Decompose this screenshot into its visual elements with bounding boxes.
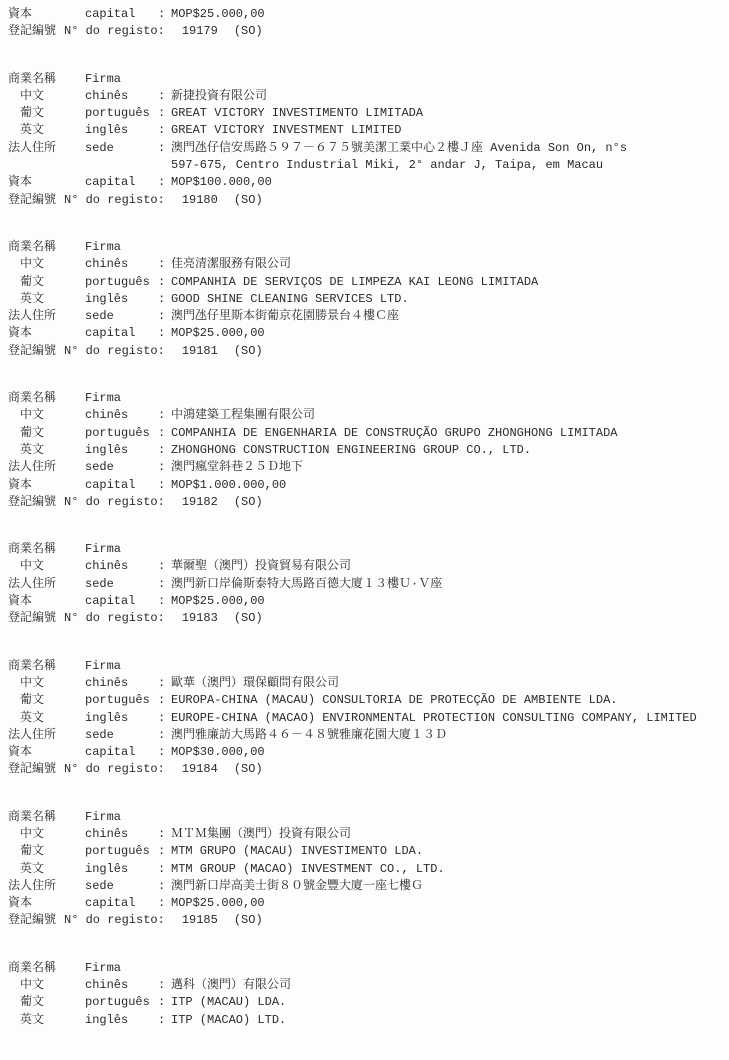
seat-value: 澳門氹仔信安馬路５９７－６７５號美潔工業中心２樓Ｊ座 Avenida Son O… — [171, 140, 627, 157]
field-label-zh: 登記編號 — [8, 912, 64, 929]
registry-number-value: 19180 — [182, 192, 218, 209]
portuguese-name-value: EUROPA-CHINA (MACAU) CONSULTORIA DE PROT… — [171, 692, 617, 709]
field-label-pt: N° do registo: — [64, 494, 165, 511]
registry-note: (SO) — [234, 494, 263, 511]
colon-separator: : — [158, 291, 171, 308]
field-label-zh: 英文 — [8, 442, 85, 459]
field-label-pt: N° do registo: — [64, 192, 165, 209]
field-label-pt: N° do registo: — [64, 912, 165, 929]
chinese-name-value: ＭＴＭ集團（澳門）投資有限公司 — [171, 826, 351, 843]
registry-entry: 商業名稱Firma中文chinês:華爾聖（澳門）投資貿易有限公司法人住所sed… — [8, 541, 723, 627]
firm-header-row: 商業名稱Firma — [8, 541, 723, 558]
chinese-name-row: 中文chinês:ＭＴＭ集團（澳門）投資有限公司 — [8, 826, 723, 843]
field-label-zh: 中文 — [8, 407, 85, 424]
registry-row: 登記編號N° do registo:19185(SO) — [8, 912, 723, 929]
field-label-zh: 葡文 — [8, 843, 85, 860]
registry-number-value: 19181 — [182, 343, 218, 360]
capital-value: MOP$25.000,00 — [171, 593, 265, 610]
field-label-pt: N° do registo: — [64, 761, 165, 778]
field-label-pt: português — [85, 994, 158, 1011]
firm-header-row: 商業名稱Firma — [8, 71, 723, 88]
capital-value: MOP$30.000,00 — [171, 744, 265, 761]
field-label-zh: 商業名稱 — [8, 960, 85, 977]
field-label-pt: Firma — [85, 71, 158, 88]
english-name-row: 英文inglês:MTM GROUP (MACAO) INVESTMENT CO… — [8, 861, 723, 878]
colon-separator: : — [158, 308, 171, 325]
portuguese-name-row: 葡文português:ITP (MACAU) LDA. — [8, 994, 723, 1011]
field-label-pt: Firma — [85, 390, 158, 407]
field-label-zh: 葡文 — [8, 105, 85, 122]
seat-value: 澳門新口岸高美士街８０號金豐大廈一座七樓Ｇ — [171, 878, 423, 895]
field-label-zh: 英文 — [8, 122, 85, 139]
portuguese-name-row: 葡文português:GREAT VICTORY INVESTIMENTO L… — [8, 105, 723, 122]
colon-separator: : — [158, 256, 171, 273]
colon-separator: : — [158, 1012, 171, 1029]
capital-value: MOP$25.000,00 — [171, 895, 265, 912]
field-label-zh: 資本 — [8, 174, 85, 191]
field-label-pt: inglês — [85, 1012, 158, 1029]
field-label-pt: chinês — [85, 256, 158, 273]
field-label-zh: 中文 — [8, 977, 85, 994]
field-label-pt: sede — [85, 308, 158, 325]
firm-header-row: 商業名稱Firma — [8, 239, 723, 256]
colon-separator: : — [158, 895, 171, 912]
colon-separator: : — [158, 994, 171, 1011]
field-label-pt: inglês — [85, 442, 158, 459]
seat-continuation-row: 597-675, Centro Industrial Miki, 2° anda… — [8, 157, 723, 174]
registry-row: 登記編號N° do registo:19184(SO) — [8, 761, 723, 778]
field-label-zh: 中文 — [8, 88, 85, 105]
portuguese-name-value: COMPANHIA DE SERVIÇOS DE LIMPEZA KAI LEO… — [171, 274, 538, 291]
field-label-zh: 中文 — [8, 675, 85, 692]
chinese-name-value: 邁科（澳門）有限公司 — [171, 977, 291, 994]
seat-value: 澳門新口岸倫斯泰特大馬路百德大廈１３樓Ｕ·Ｖ座 — [171, 576, 442, 593]
colon-separator: : — [158, 407, 171, 424]
field-label-zh: 商業名稱 — [8, 809, 85, 826]
portuguese-name-value: GREAT VICTORY INVESTIMENTO LIMITADA — [171, 105, 423, 122]
field-label-zh: 登記編號 — [8, 192, 64, 209]
field-label-zh: 葡文 — [8, 274, 85, 291]
field-label-pt: português — [85, 843, 158, 860]
colon-separator: : — [158, 6, 171, 23]
english-name-row: 英文inglês:ITP (MACAO) LTD. — [8, 1012, 723, 1029]
seat-row: 法人住所sede:澳門氹仔里斯本街葡京花園勝景台４樓Ｃ座 — [8, 308, 723, 325]
field-label-pt: Firma — [85, 809, 158, 826]
field-label-zh: 商業名稱 — [8, 71, 85, 88]
seat-value-continuation: 597-675, Centro Industrial Miki, 2° anda… — [171, 157, 603, 174]
field-label-zh: 資本 — [8, 744, 85, 761]
seat-row: 法人住所sede:澳門新口岸倫斯泰特大馬路百德大廈１３樓Ｕ·Ｖ座 — [8, 576, 723, 593]
colon-separator: : — [158, 861, 171, 878]
field-label-pt: chinês — [85, 88, 158, 105]
seat-row: 法人住所sede:澳門雅廉訪大馬路４６－４８號雅廉花園大廈１３Ｄ — [8, 727, 723, 744]
capital-row: 資本capital:MOP$25.000,00 — [8, 325, 723, 342]
colon-separator: : — [158, 692, 171, 709]
registry-row: 登記編號N° do registo:19180(SO) — [8, 192, 723, 209]
capital-value: MOP$25.000,00 — [171, 6, 265, 23]
field-label-zh: 法人住所 — [8, 878, 85, 895]
field-label-zh: 中文 — [8, 558, 85, 575]
field-label-zh: 商業名稱 — [8, 239, 85, 256]
chinese-name-row: 中文chinês:歐華（澳門）環保顧問有限公司 — [8, 675, 723, 692]
field-label-pt: português — [85, 105, 158, 122]
colon-separator: : — [158, 88, 171, 105]
colon-separator: : — [158, 122, 171, 139]
field-label-zh: 中文 — [8, 826, 85, 843]
colon-separator: : — [158, 325, 171, 342]
english-name-row: 英文inglês:GREAT VICTORY INVESTMENT LIMITE… — [8, 122, 723, 139]
registry-entry: 商業名稱Firma中文chinês:新捷投資有限公司葡文português:GR… — [8, 71, 723, 209]
field-label-zh: 資本 — [8, 477, 85, 494]
colon-separator: : — [158, 576, 171, 593]
registry-number-value: 19183 — [182, 610, 218, 627]
colon-separator: : — [158, 826, 171, 843]
capital-row: 資本capital:MOP$30.000,00 — [8, 744, 723, 761]
registry-number-value: 19182 — [182, 494, 218, 511]
chinese-name-value: 中鴻建築工程集團有限公司 — [171, 407, 315, 424]
colon-separator: : — [158, 878, 171, 895]
field-label-pt: inglês — [85, 291, 158, 308]
field-label-zh: 法人住所 — [8, 308, 85, 325]
registry-entry: 商業名稱Firma中文chinês:ＭＴＭ集團（澳門）投資有限公司葡文portu… — [8, 809, 723, 930]
field-label-pt: N° do registo: — [64, 610, 165, 627]
registry-note: (SO) — [234, 343, 263, 360]
field-label-pt: capital — [85, 174, 158, 191]
seat-row: 法人住所sede:澳門氹仔信安馬路５９７－６７５號美潔工業中心２樓Ｊ座 Aven… — [8, 140, 723, 157]
portuguese-name-row: 葡文português:COMPANHIA DE SERVIÇOS DE LIM… — [8, 274, 723, 291]
field-label-zh: 法人住所 — [8, 576, 85, 593]
portuguese-name-row: 葡文português:EUROPA-CHINA (MACAU) CONSULT… — [8, 692, 723, 709]
registry-note: (SO) — [234, 761, 263, 778]
seat-row: 法人住所sede:澳門瘋堂斜巷２５Ｄ地下 — [8, 459, 723, 476]
registry-entry: 商業名稱Firma中文chinês:佳亮清潔服務有限公司葡文português:… — [8, 239, 723, 360]
chinese-name-value: 華爾聖（澳門）投資貿易有限公司 — [171, 558, 351, 575]
capital-value: MOP$1.000.000,00 — [171, 477, 286, 494]
english-name-row: 英文inglês:ZHONGHONG CONSTRUCTION ENGINEER… — [8, 442, 723, 459]
field-label-pt: sede — [85, 459, 158, 476]
registry-page: 資本capital:MOP$25.000,00登記編號N° do registo… — [0, 0, 729, 1060]
field-label-zh: 登記編號 — [8, 610, 64, 627]
chinese-name-value: 新捷投資有限公司 — [171, 88, 267, 105]
field-label-zh: 英文 — [8, 710, 85, 727]
field-label-zh: 葡文 — [8, 994, 85, 1011]
portuguese-name-row: 葡文português:COMPANHIA DE ENGENHARIA DE C… — [8, 425, 723, 442]
capital-value: MOP$100.000,00 — [171, 174, 272, 191]
capital-row: 資本capital:MOP$100.000,00 — [8, 174, 723, 191]
colon-separator: : — [158, 843, 171, 860]
field-label-pt: N° do registo: — [64, 343, 165, 360]
chinese-name-row: 中文chinês:邁科（澳門）有限公司 — [8, 977, 723, 994]
field-label-pt: chinês — [85, 675, 158, 692]
field-label-pt: Firma — [85, 658, 158, 675]
firm-header-row: 商業名稱Firma — [8, 658, 723, 675]
registry-note: (SO) — [234, 610, 263, 627]
field-label-zh: 登記編號 — [8, 761, 64, 778]
field-label-pt: português — [85, 274, 158, 291]
field-label-zh: 英文 — [8, 291, 85, 308]
field-label-zh: 登記編號 — [8, 23, 64, 40]
portuguese-name-value: ITP (MACAU) LDA. — [171, 994, 286, 1011]
registry-row: 登記編號N° do registo:19182(SO) — [8, 494, 723, 511]
colon-separator: : — [158, 477, 171, 494]
field-label-pt: chinês — [85, 977, 158, 994]
portuguese-name-value: COMPANHIA DE ENGENHARIA DE CONSTRUÇÃO GR… — [171, 425, 617, 442]
field-label-zh: 商業名稱 — [8, 541, 85, 558]
field-label-pt: chinês — [85, 558, 158, 575]
field-label-pt: capital — [85, 593, 158, 610]
field-label-zh: 葡文 — [8, 692, 85, 709]
field-label-zh: 中文 — [8, 256, 85, 273]
field-label-zh: 葡文 — [8, 425, 85, 442]
field-label-pt: capital — [85, 325, 158, 342]
english-name-value: MTM GROUP (MACAO) INVESTMENT CO., LTD. — [171, 861, 445, 878]
chinese-name-value: 佳亮清潔服務有限公司 — [171, 256, 291, 273]
seat-value: 澳門瘋堂斜巷２５Ｄ地下 — [171, 459, 303, 476]
seat-value: 澳門雅廉訪大馬路４６－４８號雅廉花園大廈１３Ｄ — [171, 727, 447, 744]
registry-entry: 商業名稱Firma中文chinês:邁科（澳門）有限公司葡文português:… — [8, 960, 723, 1029]
registry-note: (SO) — [234, 23, 263, 40]
registry-row: 登記編號N° do registo:19183(SO) — [8, 610, 723, 627]
colon-separator: : — [158, 105, 171, 122]
chinese-name-row: 中文chinês:佳亮清潔服務有限公司 — [8, 256, 723, 273]
english-name-row: 英文inglês:EUROPE-CHINA (MACAO) ENVIRONMEN… — [8, 710, 723, 727]
seat-row: 法人住所sede:澳門新口岸高美士街８０號金豐大廈一座七樓Ｇ — [8, 878, 723, 895]
registry-number-value: 19185 — [182, 912, 218, 929]
field-label-zh: 資本 — [8, 895, 85, 912]
field-label-zh: 英文 — [8, 1012, 85, 1029]
field-label-pt: sede — [85, 727, 158, 744]
firm-header-row: 商業名稱Firma — [8, 390, 723, 407]
portuguese-name-row: 葡文português:MTM GRUPO (MACAU) INVESTIMEN… — [8, 843, 723, 860]
registry-row: 登記編號N° do registo:19179(SO) — [8, 23, 723, 40]
english-name-value: GOOD SHINE CLEANING SERVICES LTD. — [171, 291, 409, 308]
colon-separator: : — [158, 174, 171, 191]
english-name-value: ZHONGHONG CONSTRUCTION ENGINEERING GROUP… — [171, 442, 531, 459]
colon-separator: : — [158, 274, 171, 291]
field-label-zh: 商業名稱 — [8, 658, 85, 675]
chinese-name-row: 中文chinês:華爾聖（澳門）投資貿易有限公司 — [8, 558, 723, 575]
field-label-pt: sede — [85, 878, 158, 895]
field-label-pt: inglês — [85, 861, 158, 878]
colon-separator: : — [158, 727, 171, 744]
field-label-zh: 登記編號 — [8, 343, 64, 360]
colon-separator: : — [158, 442, 171, 459]
field-label-pt: Firma — [85, 960, 158, 977]
field-label-pt: capital — [85, 895, 158, 912]
field-label-zh: 登記編號 — [8, 494, 64, 511]
field-label-zh: 資本 — [8, 6, 85, 23]
field-label-pt: capital — [85, 744, 158, 761]
field-label-pt: inglês — [85, 122, 158, 139]
capital-row: 資本capital:MOP$25.000,00 — [8, 895, 723, 912]
field-label-pt: Firma — [85, 541, 158, 558]
field-label-zh: 商業名稱 — [8, 390, 85, 407]
colon-separator: : — [158, 593, 171, 610]
field-label-pt: sede — [85, 576, 158, 593]
colon-separator: : — [158, 744, 171, 761]
portuguese-name-value: MTM GRUPO (MACAU) INVESTIMENTO LDA. — [171, 843, 423, 860]
field-label-pt: português — [85, 425, 158, 442]
firm-header-row: 商業名稱Firma — [8, 960, 723, 977]
english-name-row: 英文inglês:GOOD SHINE CLEANING SERVICES LT… — [8, 291, 723, 308]
registry-entry: 資本capital:MOP$25.000,00登記編號N° do registo… — [8, 6, 723, 41]
colon-separator: : — [158, 710, 171, 727]
capital-value: MOP$25.000,00 — [171, 325, 265, 342]
field-label-zh: 資本 — [8, 593, 85, 610]
field-label-pt: chinês — [85, 407, 158, 424]
registry-number-value: 19184 — [182, 761, 218, 778]
chinese-name-row: 中文chinês:新捷投資有限公司 — [8, 88, 723, 105]
registry-note: (SO) — [234, 912, 263, 929]
seat-value: 澳門氹仔里斯本街葡京花園勝景台４樓Ｃ座 — [171, 308, 399, 325]
field-label-pt: português — [85, 692, 158, 709]
field-label-zh: 法人住所 — [8, 140, 85, 157]
chinese-name-value: 歐華（澳門）環保顧問有限公司 — [171, 675, 339, 692]
registry-entry: 商業名稱Firma中文chinês:歐華（澳門）環保顧問有限公司葡文portug… — [8, 658, 723, 779]
registry-row: 登記編號N° do registo:19181(SO) — [8, 343, 723, 360]
colon-separator: : — [158, 558, 171, 575]
colon-separator: : — [158, 425, 171, 442]
field-label-pt: Firma — [85, 239, 158, 256]
colon-separator: : — [158, 977, 171, 994]
field-label-zh: 英文 — [8, 861, 85, 878]
registry-entry: 商業名稱Firma中文chinês:中鴻建築工程集團有限公司葡文portuguê… — [8, 390, 723, 511]
field-label-pt: chinês — [85, 826, 158, 843]
registry-note: (SO) — [234, 192, 263, 209]
firm-header-row: 商業名稱Firma — [8, 809, 723, 826]
field-label-pt: capital — [85, 6, 158, 23]
colon-separator: : — [158, 459, 171, 476]
registry-number-value: 19179 — [182, 23, 218, 40]
colon-separator: : — [158, 140, 171, 157]
english-name-value: EUROPE-CHINA (MACAO) ENVIRONMENTAL PROTE… — [171, 710, 697, 727]
field-label-zh: 法人住所 — [8, 727, 85, 744]
field-label-pt: capital — [85, 477, 158, 494]
field-label-pt: sede — [85, 140, 158, 157]
field-label-pt: N° do registo: — [64, 23, 165, 40]
capital-row: 資本capital:MOP$25.000,00 — [8, 593, 723, 610]
english-name-value: ITP (MACAO) LTD. — [171, 1012, 286, 1029]
field-label-pt: inglês — [85, 710, 158, 727]
chinese-name-row: 中文chinês:中鴻建築工程集團有限公司 — [8, 407, 723, 424]
english-name-value: GREAT VICTORY INVESTMENT LIMITED — [171, 122, 401, 139]
field-label-zh: 法人住所 — [8, 459, 85, 476]
field-label-zh: 資本 — [8, 325, 85, 342]
capital-row: 資本capital:MOP$25.000,00 — [8, 6, 723, 23]
capital-row: 資本capital:MOP$1.000.000,00 — [8, 477, 723, 494]
colon-separator: : — [158, 675, 171, 692]
